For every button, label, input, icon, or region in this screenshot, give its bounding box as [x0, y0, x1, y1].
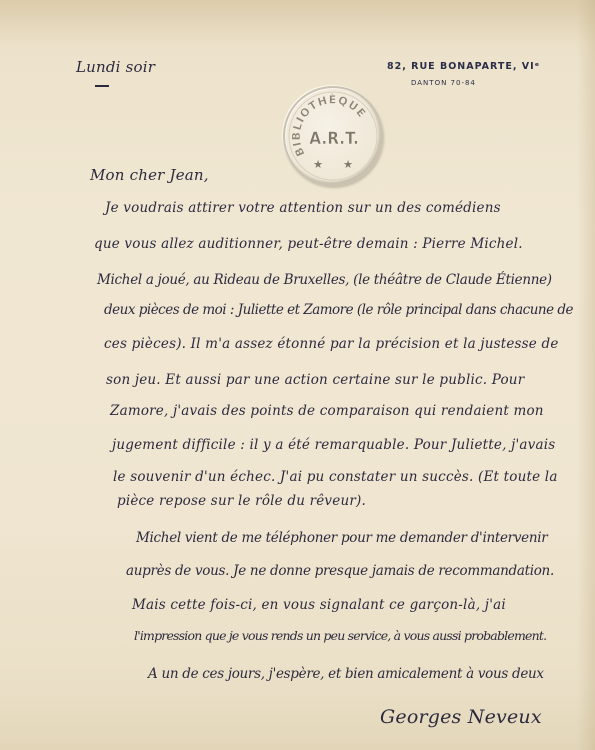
letter-line: auprès de vous. Je ne donne presque jama… — [126, 563, 554, 579]
letter-line: l'impression que je vous rends un peu se… — [134, 628, 546, 643]
letter-line: Mais cette fois-ci, en vous signalant ce… — [132, 597, 506, 613]
stamp-center-text: A.R.T. — [309, 129, 359, 149]
letter-line: Je voudrais attirer votre attention sur … — [105, 200, 501, 216]
letter-line: ces pièces). Il m'a assez étonné par la … — [104, 336, 559, 352]
star-icon: ★ — [343, 158, 353, 171]
letter-date: Lundi soir — [76, 58, 155, 76]
letter-line: son jeu. Et aussi par une action certain… — [106, 372, 524, 388]
letter-line: le souvenir d'un échec. J'ai pu constate… — [113, 469, 558, 485]
letter-line: jugement difficile : il y a été remarqua… — [112, 437, 555, 453]
letterhead-phone: DANTON 70-84 — [411, 79, 476, 87]
letter-line: pièce repose sur le rôle du rêveur). — [117, 493, 366, 509]
star-icon: ★ — [313, 158, 323, 171]
letter-line: Michel vient de me téléphoner pour me de… — [136, 530, 547, 546]
stamp-emblem-icon: BIBLIOTHÈQUE A.R.T. ★ ★ — [285, 88, 381, 184]
letter-paper: 82, RUE BONAPARTE, VIᵉ DANTON 70-84 Lund… — [0, 0, 595, 750]
letter-line: Michel a joué, au Rideau de Bruxelles, (… — [97, 272, 552, 288]
letter-line: que vous allez auditionner, peut-être de… — [94, 236, 523, 252]
letter-line: A un de ces jours, j'espère, et bien ami… — [148, 666, 544, 682]
letter-line: Zamore, j'avais des points de comparaiso… — [110, 403, 544, 419]
letterhead-address: 82, RUE BONAPARTE, VIᵉ — [387, 61, 540, 72]
salutation: Mon cher Jean, — [90, 166, 209, 184]
signature: Georges Neveux — [380, 706, 542, 728]
date-underline — [95, 85, 109, 87]
letter-line: deux pièces de moi : Juliette et Zamore … — [104, 302, 573, 318]
embossed-library-stamp: BIBLIOTHÈQUE A.R.T. ★ ★ — [283, 86, 383, 186]
